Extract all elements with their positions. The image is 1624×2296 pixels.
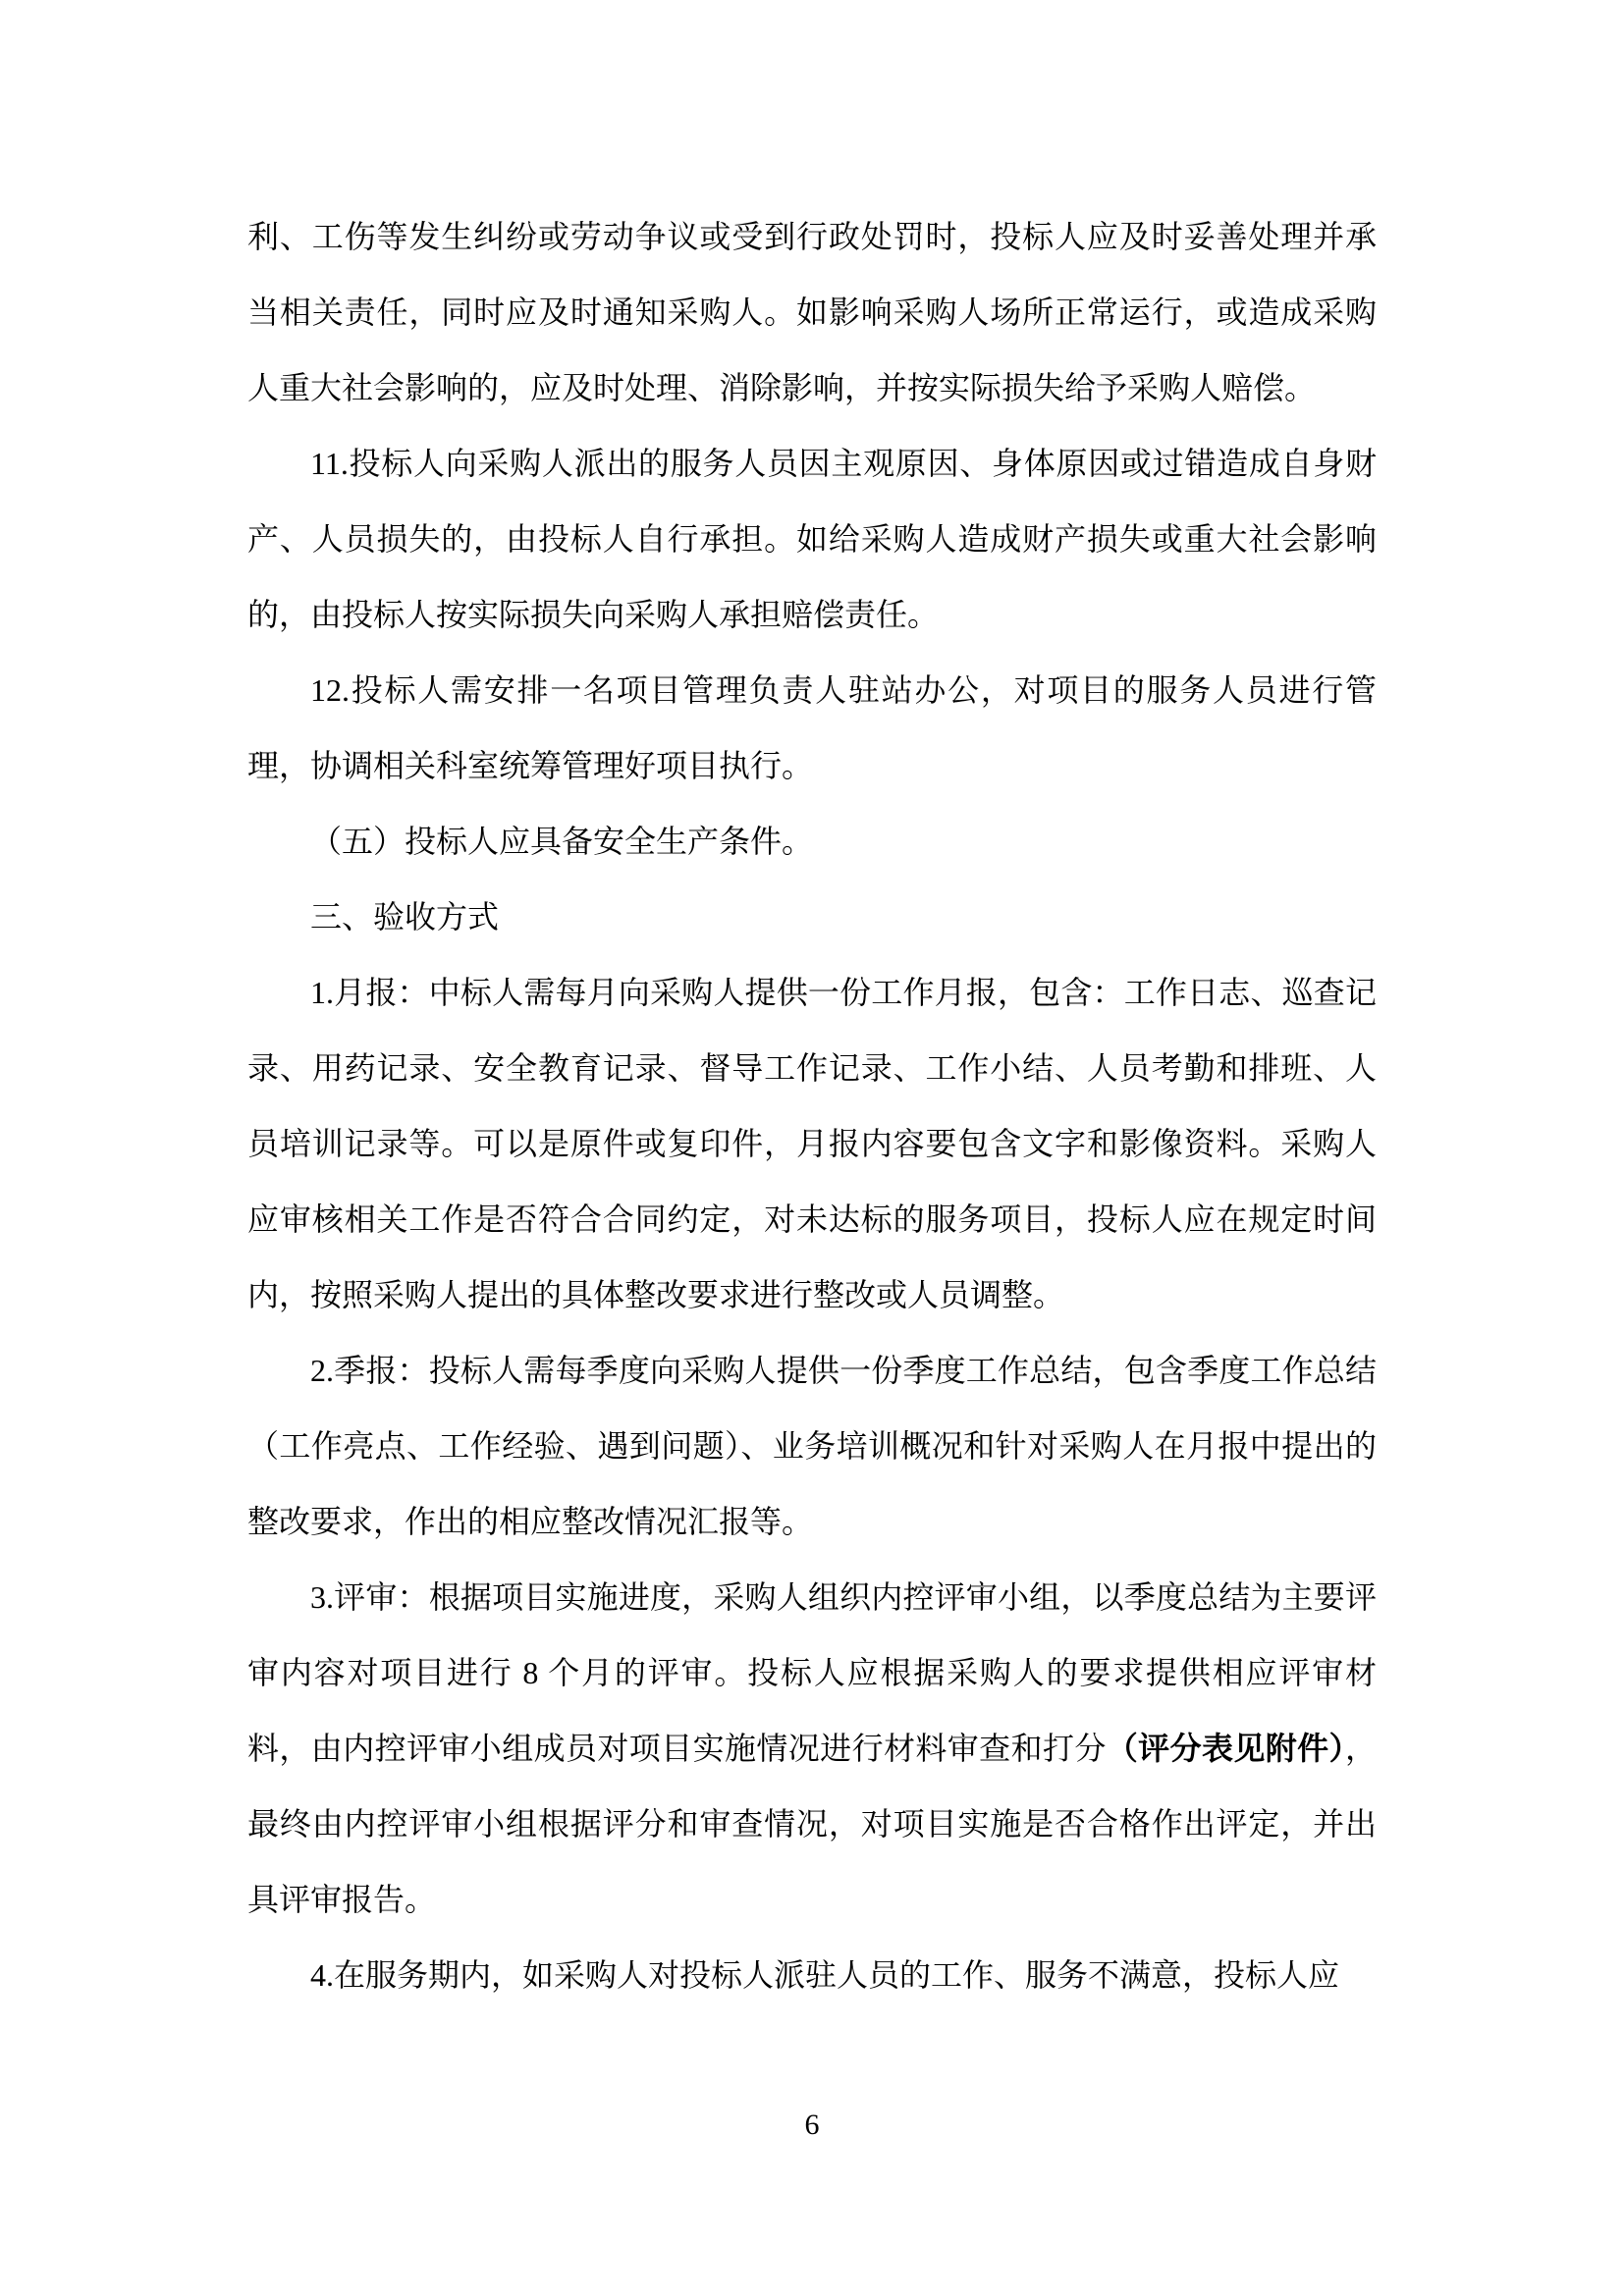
text-segment: 1.月报：中标人需每月向采购人提供一份工作月报，包含：工作日志、巡查记录、用药记… <box>247 975 1377 1312</box>
paragraph: 1.月报：中标人需每月向采购人提供一份工作月报，包含：工作日志、巡查记录、用药记… <box>247 955 1377 1333</box>
paragraph: 2.季报：投标人需每季度向采购人提供一份季度工作总结，包含季度工作总结（工作亮点… <box>247 1333 1377 1560</box>
section-heading: 三、验收方式 <box>247 880 1377 955</box>
text-segment: 三、验收方式 <box>310 899 499 934</box>
text-segment: 11.投标人向采购人派出的服务人员因主观原因、身体原因或过错造成自身财产、人员损… <box>247 446 1377 632</box>
paragraph: 利、工伤等发生纠纷或劳动争议或受到行政处罚时，投标人应及时妥善处理并承当相关责任… <box>247 199 1377 426</box>
paragraph: 12.投标人需安排一名项目管理负责人驻站办公，对项目的服务人员进行管理，协调相关… <box>247 653 1377 804</box>
paragraph: 3.评审：根据项目实施进度，采购人组织内控评审小组，以季度总结为主要评审内容对项… <box>247 1560 1377 1938</box>
paragraph: 11.投标人向采购人派出的服务人员因主观原因、身体原因或过错造成自身财产、人员损… <box>247 426 1377 653</box>
document-page: 利、工伤等发生纠纷或劳动争议或受到行政处罚时，投标人应及时妥善处理并承当相关责任… <box>0 0 1624 2296</box>
bold-text-segment: （评分表见附件） <box>1107 1731 1345 1766</box>
text-segment: 12.投标人需安排一名项目管理负责人驻站办公，对项目的服务人员进行管理，协调相关… <box>247 672 1377 783</box>
page-footer: 6 <box>0 2104 1624 2147</box>
text-segment: （五）投标人应具备安全生产条件。 <box>310 824 813 859</box>
text-segment: 2.季报：投标人需每季度向采购人提供一份季度工作总结，包含季度工作总结（工作亮点… <box>247 1353 1377 1539</box>
paragraph: 4.在服务期内，如采购人对投标人派驻人员的工作、服务不满意，投标人应 <box>247 1938 1377 2013</box>
document-body: 利、工伤等发生纠纷或劳动争议或受到行政处罚时，投标人应及时妥善处理并承当相关责任… <box>247 199 1377 2013</box>
text-segment: 4.在服务期内，如采购人对投标人派驻人员的工作、服务不满意，投标人应 <box>310 1957 1339 1993</box>
page-number: 6 <box>805 2109 820 2141</box>
paragraph: （五）投标人应具备安全生产条件。 <box>247 804 1377 880</box>
text-segment: 利、工伤等发生纠纷或劳动争议或受到行政处罚时，投标人应及时妥善处理并承当相关责任… <box>247 219 1377 405</box>
